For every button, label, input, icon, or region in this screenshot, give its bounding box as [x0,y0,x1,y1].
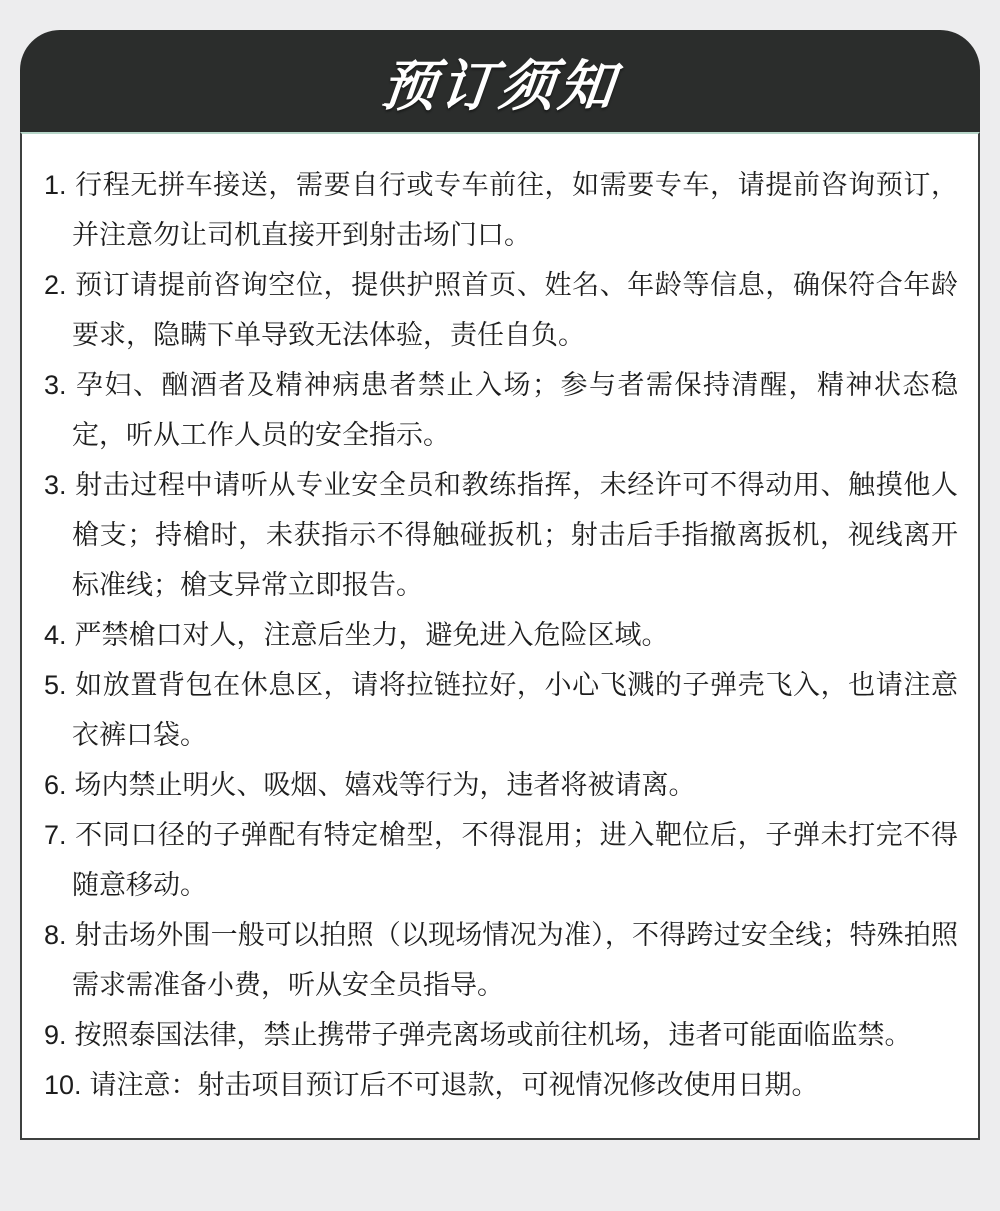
item-number: 2. [44,260,67,310]
item-text: 行程无拼车接送，需要自行或专车前往，如需要专车，请提前咨询预订，并注意勿让司机直… [72,170,958,250]
booking-notice-section: 预订须知 1.行程无拼车接送，需要自行或专车前往，如需要专车，请提前咨询预订，并… [0,0,1000,1211]
item-number: 5. [44,660,67,710]
notice-item-7: 7.不同口径的子弹配有特定槍型，不得混用；进入靶位后，子弹未打完不得随意移动。 [44,810,958,910]
item-number: 3. [44,360,67,410]
item-number: 8. [44,910,67,960]
item-text: 不同口径的子弹配有特定槍型，不得混用；进入靶位后，子弹未打完不得随意移动。 [72,820,958,900]
item-text: 严禁槍口对人，注意后坐力，避免进入危险区域。 [75,620,669,650]
notice-item-5: 5.如放置背包在休息区，请将拉链拉好，小心飞溅的子弹壳飞入，也请注意衣裤口袋。 [44,660,958,760]
item-text: 按照泰国法律，禁止携带子弹壳离场或前往机场，违者可能面临监禁。 [75,1020,912,1050]
item-number: 3. [44,460,67,510]
item-number: 7. [44,810,67,860]
item-text: 射击场外围一般可以拍照（以现场情况为准），不得跨过安全线；特殊拍照需求需准备小费… [72,920,958,1000]
item-number: 4. [44,610,67,660]
notice-item-1: 1.行程无拼车接送，需要自行或专车前往，如需要专车，请提前咨询预订，并注意勿让司… [44,160,958,260]
notice-item-10: 10.请注意：射击项目预订后不可退款，可视情况修改使用日期。 [44,1060,958,1110]
item-number: 9. [44,1010,67,1060]
notice-item-3b: 3.射击过程中请听从专业安全员和教练指挥，未经许可不得动用、触摸他人槍支；持槍时… [44,460,958,610]
notice-header: 预订须知 [20,30,980,132]
notice-item-6: 6.场内禁止明火、吸烟、嬉戏等行为，违者将被请离。 [44,760,958,810]
item-text: 射击过程中请听从专业安全员和教练指挥，未经许可不得动用、触摸他人槍支；持槍时，未… [72,470,958,600]
item-number: 1. [44,160,67,210]
item-text: 场内禁止明火、吸烟、嬉戏等行为，违者将被请离。 [75,770,696,800]
page-title: 预订须知 [378,42,622,121]
item-text: 如放置背包在休息区，请将拉链拉好，小心飞溅的子弹壳飞入，也请注意衣裤口袋。 [72,670,958,750]
item-text: 预订请提前咨询空位，提供护照首页、姓名、年龄等信息，确保符合年龄要求，隐瞒下单导… [72,270,958,350]
notice-item-2: 2.预订请提前咨询空位，提供护照首页、姓名、年龄等信息，确保符合年龄要求，隐瞒下… [44,260,958,360]
item-number: 10. [44,1060,82,1110]
notice-body: 1.行程无拼车接送，需要自行或专车前往，如需要专车，请提前咨询预订，并注意勿让司… [20,132,980,1140]
notice-item-9: 9.按照泰国法律，禁止携带子弹壳离场或前往机场，违者可能面临监禁。 [44,1010,958,1060]
notice-card: 预订须知 1.行程无拼车接送，需要自行或专车前往，如需要专车，请提前咨询预订，并… [20,30,980,1140]
notice-item-4: 4.严禁槍口对人，注意后坐力，避免进入危险区域。 [44,610,958,660]
notice-item-3: 3.孕妇、酗酒者及精神病患者禁止入场；参与者需保持清醒，精神状态稳定，听从工作人… [44,360,958,460]
item-text: 请注意：射击项目预订后不可退款，可视情况修改使用日期。 [90,1070,819,1100]
item-text: 孕妇、酗酒者及精神病患者禁止入场；参与者需保持清醒，精神状态稳定，听从工作人员的… [72,370,958,450]
notice-item-8: 8.射击场外围一般可以拍照（以现场情况为准），不得跨过安全线；特殊拍照需求需准备… [44,910,958,1010]
item-number: 6. [44,760,67,810]
